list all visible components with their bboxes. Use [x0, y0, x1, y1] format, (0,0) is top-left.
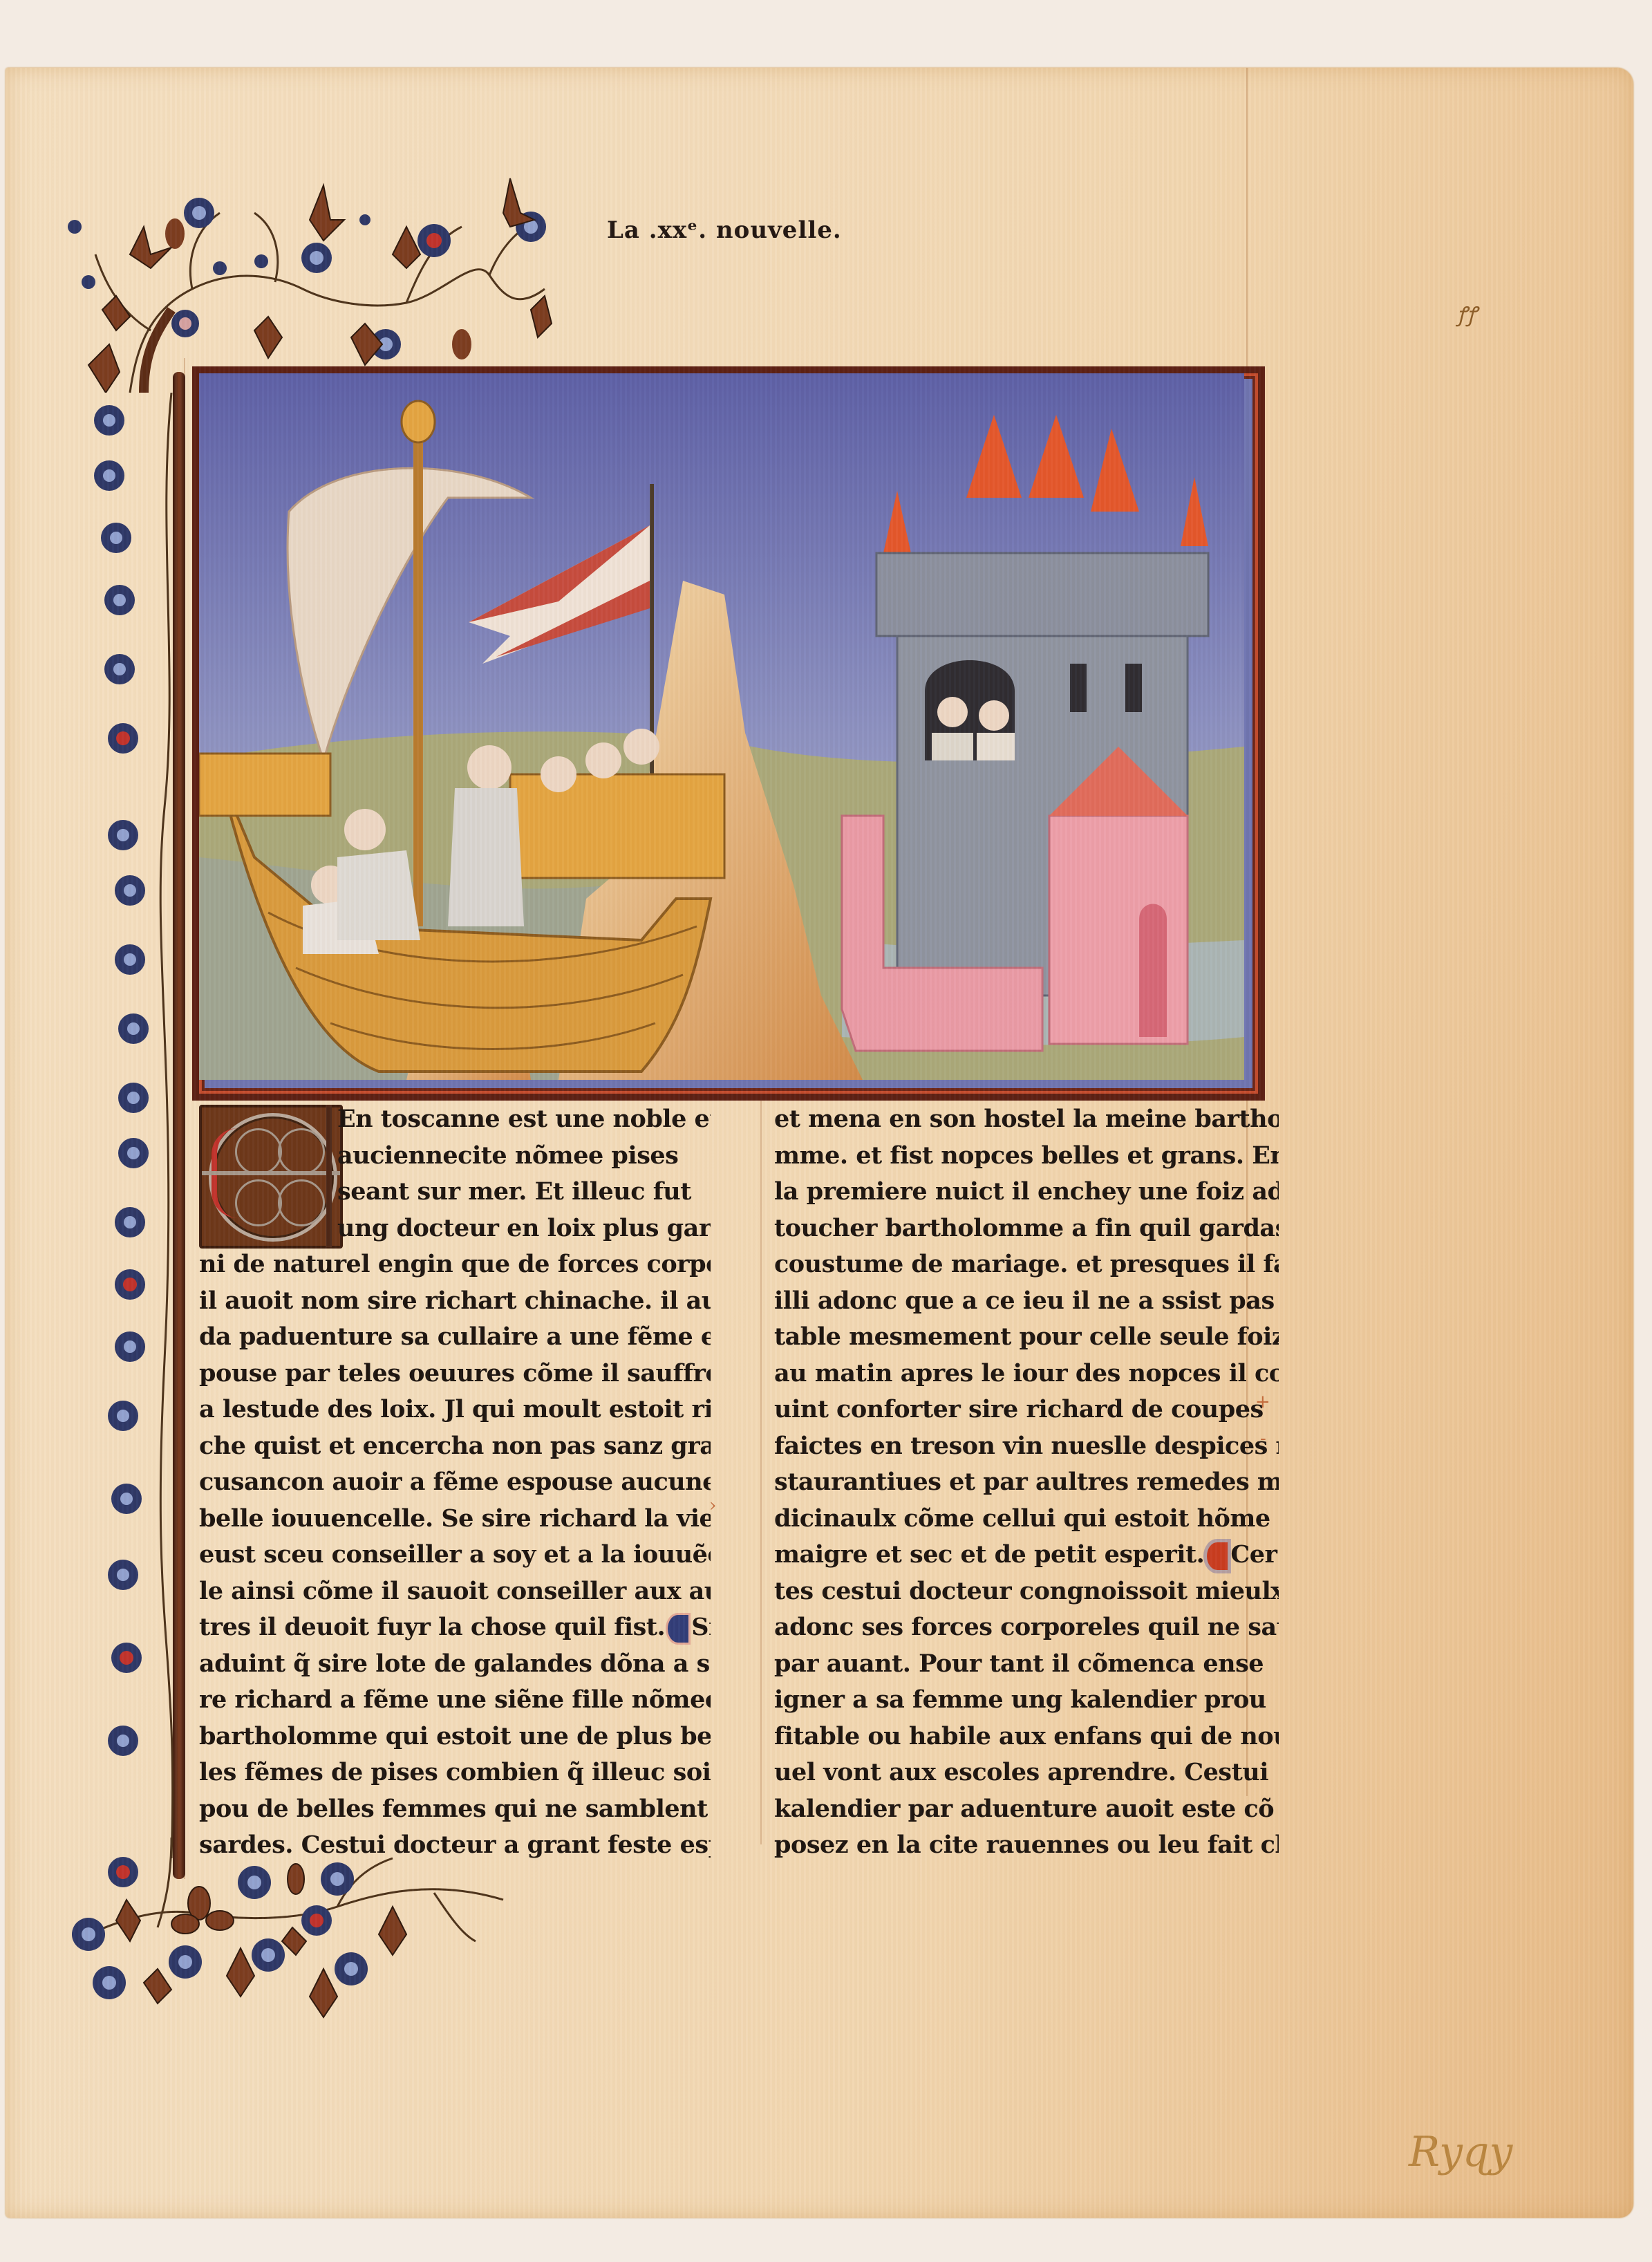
- text-line: staurantiues et par aultres remedes me: [774, 1464, 1279, 1501]
- margin-mark: +: [1255, 1392, 1270, 1412]
- text-line-with-pilcrow: maigre et sec et de petit esperit.Cer: [774, 1537, 1279, 1573]
- figure-woman: [979, 700, 1009, 731]
- text-line: mme. et fist nopces belles et grans. En: [774, 1138, 1279, 1175]
- text-line: igner a sa femme ung kalendier prou: [774, 1682, 1279, 1719]
- text-line: fitable ou habile aux enfans qui de nou: [774, 1719, 1279, 1755]
- figure-man: [937, 697, 968, 727]
- text-line: sardes. Cestui docteur a grant feste esp…: [199, 1827, 711, 1864]
- text-line: uel vont aux escoles aprendre. Cestui: [774, 1755, 1279, 1791]
- text-line: tes cestui docteur congnoissoit mieulx: [774, 1573, 1279, 1610]
- text-line: toucher bartholomme a fin quil gardast: [774, 1211, 1279, 1247]
- ship-castle-stern: [199, 754, 330, 816]
- text-line: a lestude des loix. Jl qui moult estoit …: [199, 1392, 711, 1428]
- text-segment: Si: [691, 1613, 711, 1641]
- text-line: bartholomme qui estoit une de plus bel: [199, 1719, 711, 1755]
- text-line: kalendier par aduenture auoit este cõ: [774, 1791, 1279, 1828]
- text-line: pou de belles femmes qui ne samblent li: [199, 1791, 711, 1828]
- text-line: seant sur mer. Et illeuc fut: [199, 1174, 711, 1211]
- manuscript-folio: La .xxᵉ. nouvelle. ꝭꝭ: [6, 68, 1633, 2218]
- text-line: re richard a fẽme une siẽne fille nõmee: [199, 1682, 711, 1719]
- miniature-scene: [199, 373, 1244, 1080]
- text-segment: Cer: [1230, 1540, 1277, 1569]
- text-line: aduint q̃ sire lote de galandes dõna a s…: [199, 1646, 711, 1683]
- text-line: dicinaulx cõme cellui qui estoit hõme: [774, 1501, 1279, 1537]
- text-column-left: En toscanne est une noble et auciennecit…: [199, 1101, 711, 1864]
- text-line: illi adonc que a ce ieu il ne a ssist pa…: [774, 1283, 1279, 1320]
- text-line: il auoit nom sire richart chinache. il a…: [199, 1283, 711, 1320]
- text-line-with-pilcrow: tres il deuoit fuyr la chose quil fist.S…: [199, 1609, 711, 1646]
- text-line: table mesmement pour celle seule foiz: [774, 1319, 1279, 1356]
- mast: [413, 415, 423, 926]
- text-line: adonc ses forces corporeles quil ne saul…: [774, 1609, 1279, 1646]
- text-line: cusancon auoir a fẽme espouse aucune: [199, 1464, 711, 1501]
- castle-battlement: [876, 553, 1208, 636]
- margin-mark: -: [1260, 1428, 1266, 1449]
- text-line: par auant. Pour tant il cõmenca ense: [774, 1646, 1279, 1683]
- text-line: pouse par teles oeuures cõme il sauffroi…: [199, 1356, 711, 1392]
- text-line: ni de naturel engin que de forces corpor…: [199, 1246, 711, 1283]
- blue-pilcrow-icon: [668, 1615, 688, 1643]
- vine-border-bottom: [47, 1838, 572, 2024]
- text-line: et mena en son hostel la meine bartholo: [774, 1101, 1279, 1138]
- miniature-illustration: [192, 366, 1265, 1101]
- folio-mark: ꝭꝭ: [1457, 299, 1476, 328]
- text-line: che quist et encercha non pas sanz grant: [199, 1428, 711, 1465]
- crow-nest: [402, 401, 435, 442]
- margin-mark: ›: [709, 1495, 716, 1516]
- text-line: uint conforter sire richard de coupes: [774, 1392, 1279, 1428]
- text-line: faictes en treson vin nueslle despices r…: [774, 1428, 1279, 1465]
- text-line: les fẽmes de pises combien q̃ illeuc soi…: [199, 1755, 711, 1791]
- text-line: da paduenture sa cullaire a une fẽme es: [199, 1319, 711, 1356]
- text-line: la premiere nuict il enchey une foiz ad: [774, 1174, 1279, 1211]
- text-line: ung docteur en loix plus gar: [199, 1211, 711, 1247]
- text-line: coustume de mariage. et presques il fa: [774, 1246, 1279, 1283]
- text-segment: tres il deuoit fuyr la chose quil fist.: [199, 1613, 665, 1641]
- pencil-signature: Ryɋy: [1409, 2128, 1512, 2176]
- text-line: posez en la cite rauennes ou leu fait ch…: [774, 1827, 1279, 1864]
- text-line: belle iouuencelle. Se sire richard la vi…: [199, 1501, 711, 1537]
- chapter-rubric: La .xxᵉ. nouvelle.: [607, 216, 842, 244]
- text-line: En toscanne est une noble et: [199, 1101, 711, 1138]
- red-pilcrow-icon: [1207, 1542, 1228, 1570]
- flag-pole: [650, 484, 654, 774]
- text-line: au matin apres le iour des nopces il con: [774, 1356, 1279, 1392]
- text-line: eust sceu conseiller a soy et a la iouuẽ…: [199, 1537, 711, 1573]
- flower-icons: [68, 198, 546, 359]
- ruling-line-center: [760, 1084, 762, 1844]
- vine-border-top: [47, 171, 572, 393]
- text-line: auciennecite nõmee pises: [199, 1138, 711, 1175]
- ship-castle-bow: [510, 774, 724, 878]
- text-segment: maigre et sec et de petit esperit.: [774, 1540, 1204, 1569]
- text-line: le ainsi cõme il sauoit conseiller aux a…: [199, 1573, 711, 1610]
- text-column-right: et mena en son hostel la meine bartholo …: [774, 1101, 1279, 1864]
